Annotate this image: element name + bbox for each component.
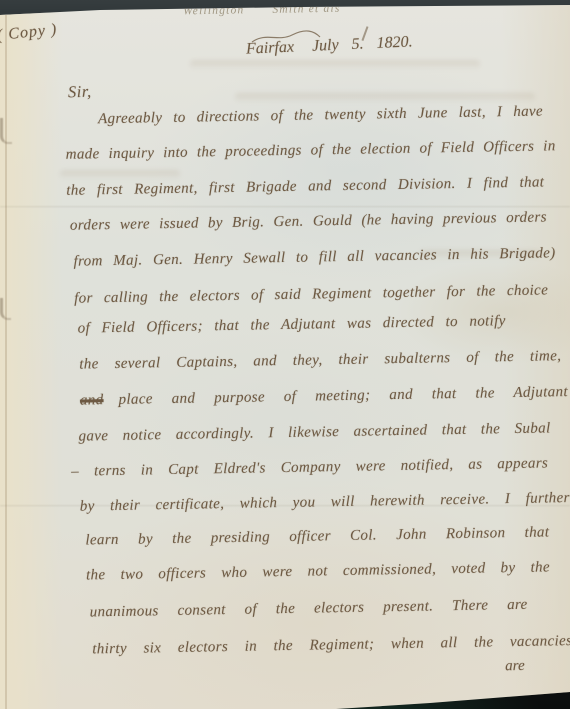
letter-line-text: place and purpose of meeting; and that t… [118, 384, 568, 408]
ghost-writing [190, 60, 480, 69]
letter-line: the two officers who were not commission… [86, 559, 550, 589]
letter-line: learn by the presiding officer Col. John… [85, 524, 549, 554]
letter-page: Wellington Smith et als ( Copy ) Fairfax… [0, 0, 570, 709]
copy-label: ( Copy ) [0, 21, 58, 45]
catchword: are [445, 658, 525, 676]
dateline-place: Fairfax [246, 39, 295, 59]
letter-line: Agreeably to directions of the twenty si… [98, 103, 543, 133]
letter-line: made inquiry into the proceedings of the… [66, 138, 556, 169]
letter-line: for calling the electors of said Regimen… [74, 282, 548, 312]
letter-line: unanimous consent of the electors presen… [90, 597, 528, 627]
pencil-annotation-name: Wellington [183, 4, 245, 17]
letter-body: Agreeably to directions of the twenty si… [0, 95, 570, 705]
dateline-date: July 5. 1820. [312, 33, 413, 55]
letter-line: the several Captains, and they, their su… [79, 348, 561, 378]
letter-line: the first Regiment, first Brigade and se… [66, 174, 544, 204]
letter-line: of Field Officers; that the Adjutant was… [78, 313, 506, 342]
letter-line: gave notice accordingly. I likewise asce… [78, 420, 550, 450]
pencil-annotation: Wellington Smith et als [183, 3, 341, 18]
letter-line: – terns in Capt Eldred's Company were no… [71, 455, 548, 485]
scanned-letter: Wellington Smith et als ( Copy ) Fairfax… [0, 0, 570, 709]
salutation: Sir, [68, 82, 92, 103]
letter-line: from Maj. Gen. Henry Sewall to fill all … [73, 245, 555, 275]
letter-line: by their certificate, which you will her… [80, 490, 570, 521]
letter-line: andplace and purpose of meeting; and tha… [80, 384, 568, 415]
pencil-annotation-names: Smith et als [272, 3, 340, 16]
letter-line: orders were issued by Brig. Gen. Gould (… [70, 209, 547, 239]
struck-word: and [80, 392, 104, 408]
